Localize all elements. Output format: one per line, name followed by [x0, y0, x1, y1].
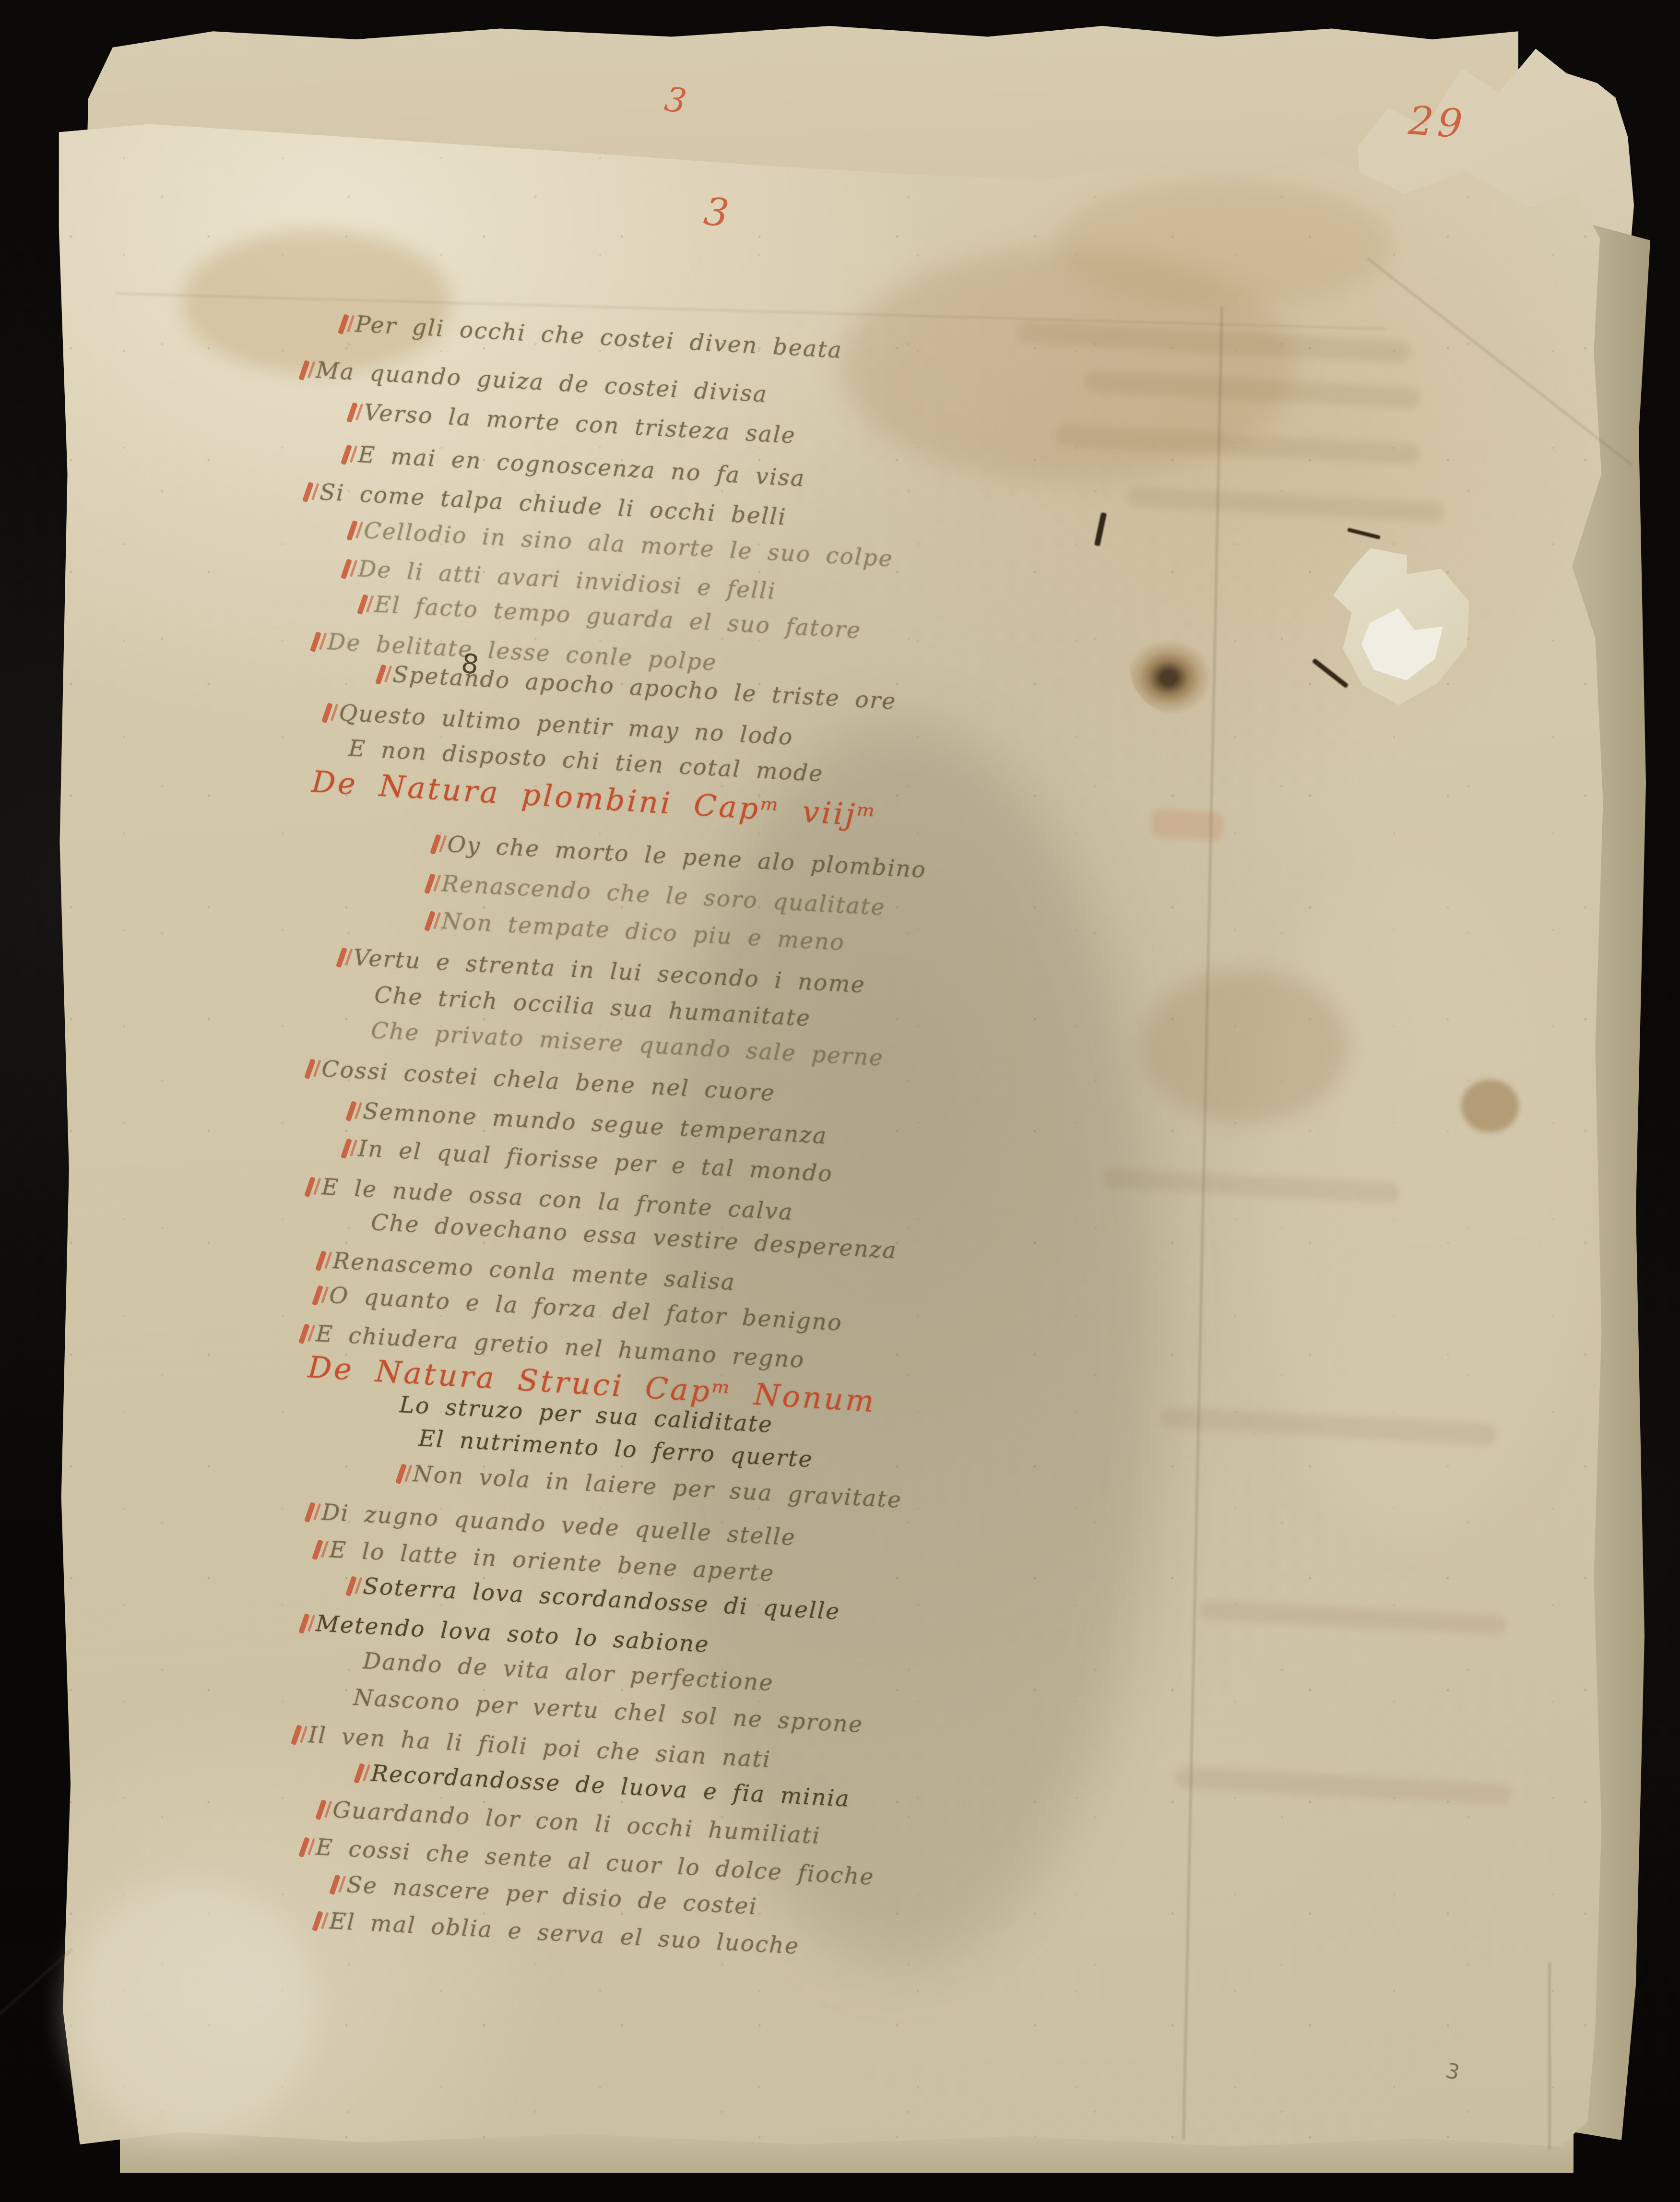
verse-text: Verso la morte con tristeza sale [363, 399, 797, 449]
red-paragraph-tick-icon [315, 1250, 327, 1271]
red-paragraph-tick-icon [304, 1177, 316, 1197]
red-paragraph-tick-icon [298, 1837, 310, 1857]
red-paragraph-tick-icon [338, 314, 349, 334]
red-paragraph-tick-icon [341, 559, 352, 579]
red-paragraph-tick-icon [430, 834, 441, 855]
red-paragraph-tick-icon [312, 1539, 323, 1560]
red-paragraph-tick-icon [336, 947, 347, 968]
tear-slit [1312, 658, 1349, 688]
red-paragraph-tick-icon [345, 1101, 357, 1121]
red-paragraph-tick-icon [357, 594, 368, 615]
red-paragraph-tick-icon [304, 1502, 316, 1523]
red-paragraph-tick-icon [304, 1059, 316, 1079]
red-paragraph-tick-icon [345, 1576, 357, 1596]
red-paragraph-tick-icon [298, 1323, 310, 1344]
manuscript-photo: Per gli occhi che costei diven beata Ma … [0, 0, 1680, 2202]
tear-slit [1347, 528, 1381, 540]
red-paragraph-tick-icon [302, 482, 314, 502]
verse-text: Non vola in laiere per sua gravitate [412, 1461, 903, 1513]
red-paragraph-tick-icon [354, 1763, 365, 1784]
text-block: Per gli occhi che costei diven beata Ma … [0, 0, 1680, 2202]
verse-line: Verso la morte con tristeza sale [363, 399, 797, 449]
red-paragraph-tick-icon [346, 520, 358, 541]
red-paragraph-tick-icon [424, 911, 436, 931]
tear-flap [1290, 527, 1496, 733]
red-paragraph-tick-icon [291, 1725, 302, 1745]
red-paragraph-tick-icon [315, 1799, 327, 1820]
red-paragraph-tick-icon [310, 631, 321, 652]
red-paragraph-tick-icon [424, 873, 436, 894]
red-paragraph-tick-icon [329, 1874, 341, 1895]
verse-line: Per gli occhi che costei diven beata [355, 311, 843, 364]
folio-number-29: 29 [1407, 98, 1468, 147]
verse-line: Non vola in laiere per sua gravitate [412, 1461, 903, 1513]
red-paragraph-tick-icon [346, 402, 358, 423]
red-paragraph-tick-icon [395, 1464, 407, 1484]
red-paragraph-tick-icon [298, 1613, 310, 1634]
verse-text: Per gli occhi che costei diven beata [355, 311, 843, 364]
red-paragraph-tick-icon [312, 1911, 323, 1931]
red-paragraph-tick-icon [341, 444, 352, 465]
red-paragraph-tick-icon [375, 664, 387, 685]
red-paragraph-tick-icon [298, 360, 310, 381]
red-paragraph-tick-icon [312, 1285, 323, 1306]
red-paragraph-tick-icon [321, 702, 333, 723]
red-paragraph-tick-icon [341, 1138, 352, 1159]
